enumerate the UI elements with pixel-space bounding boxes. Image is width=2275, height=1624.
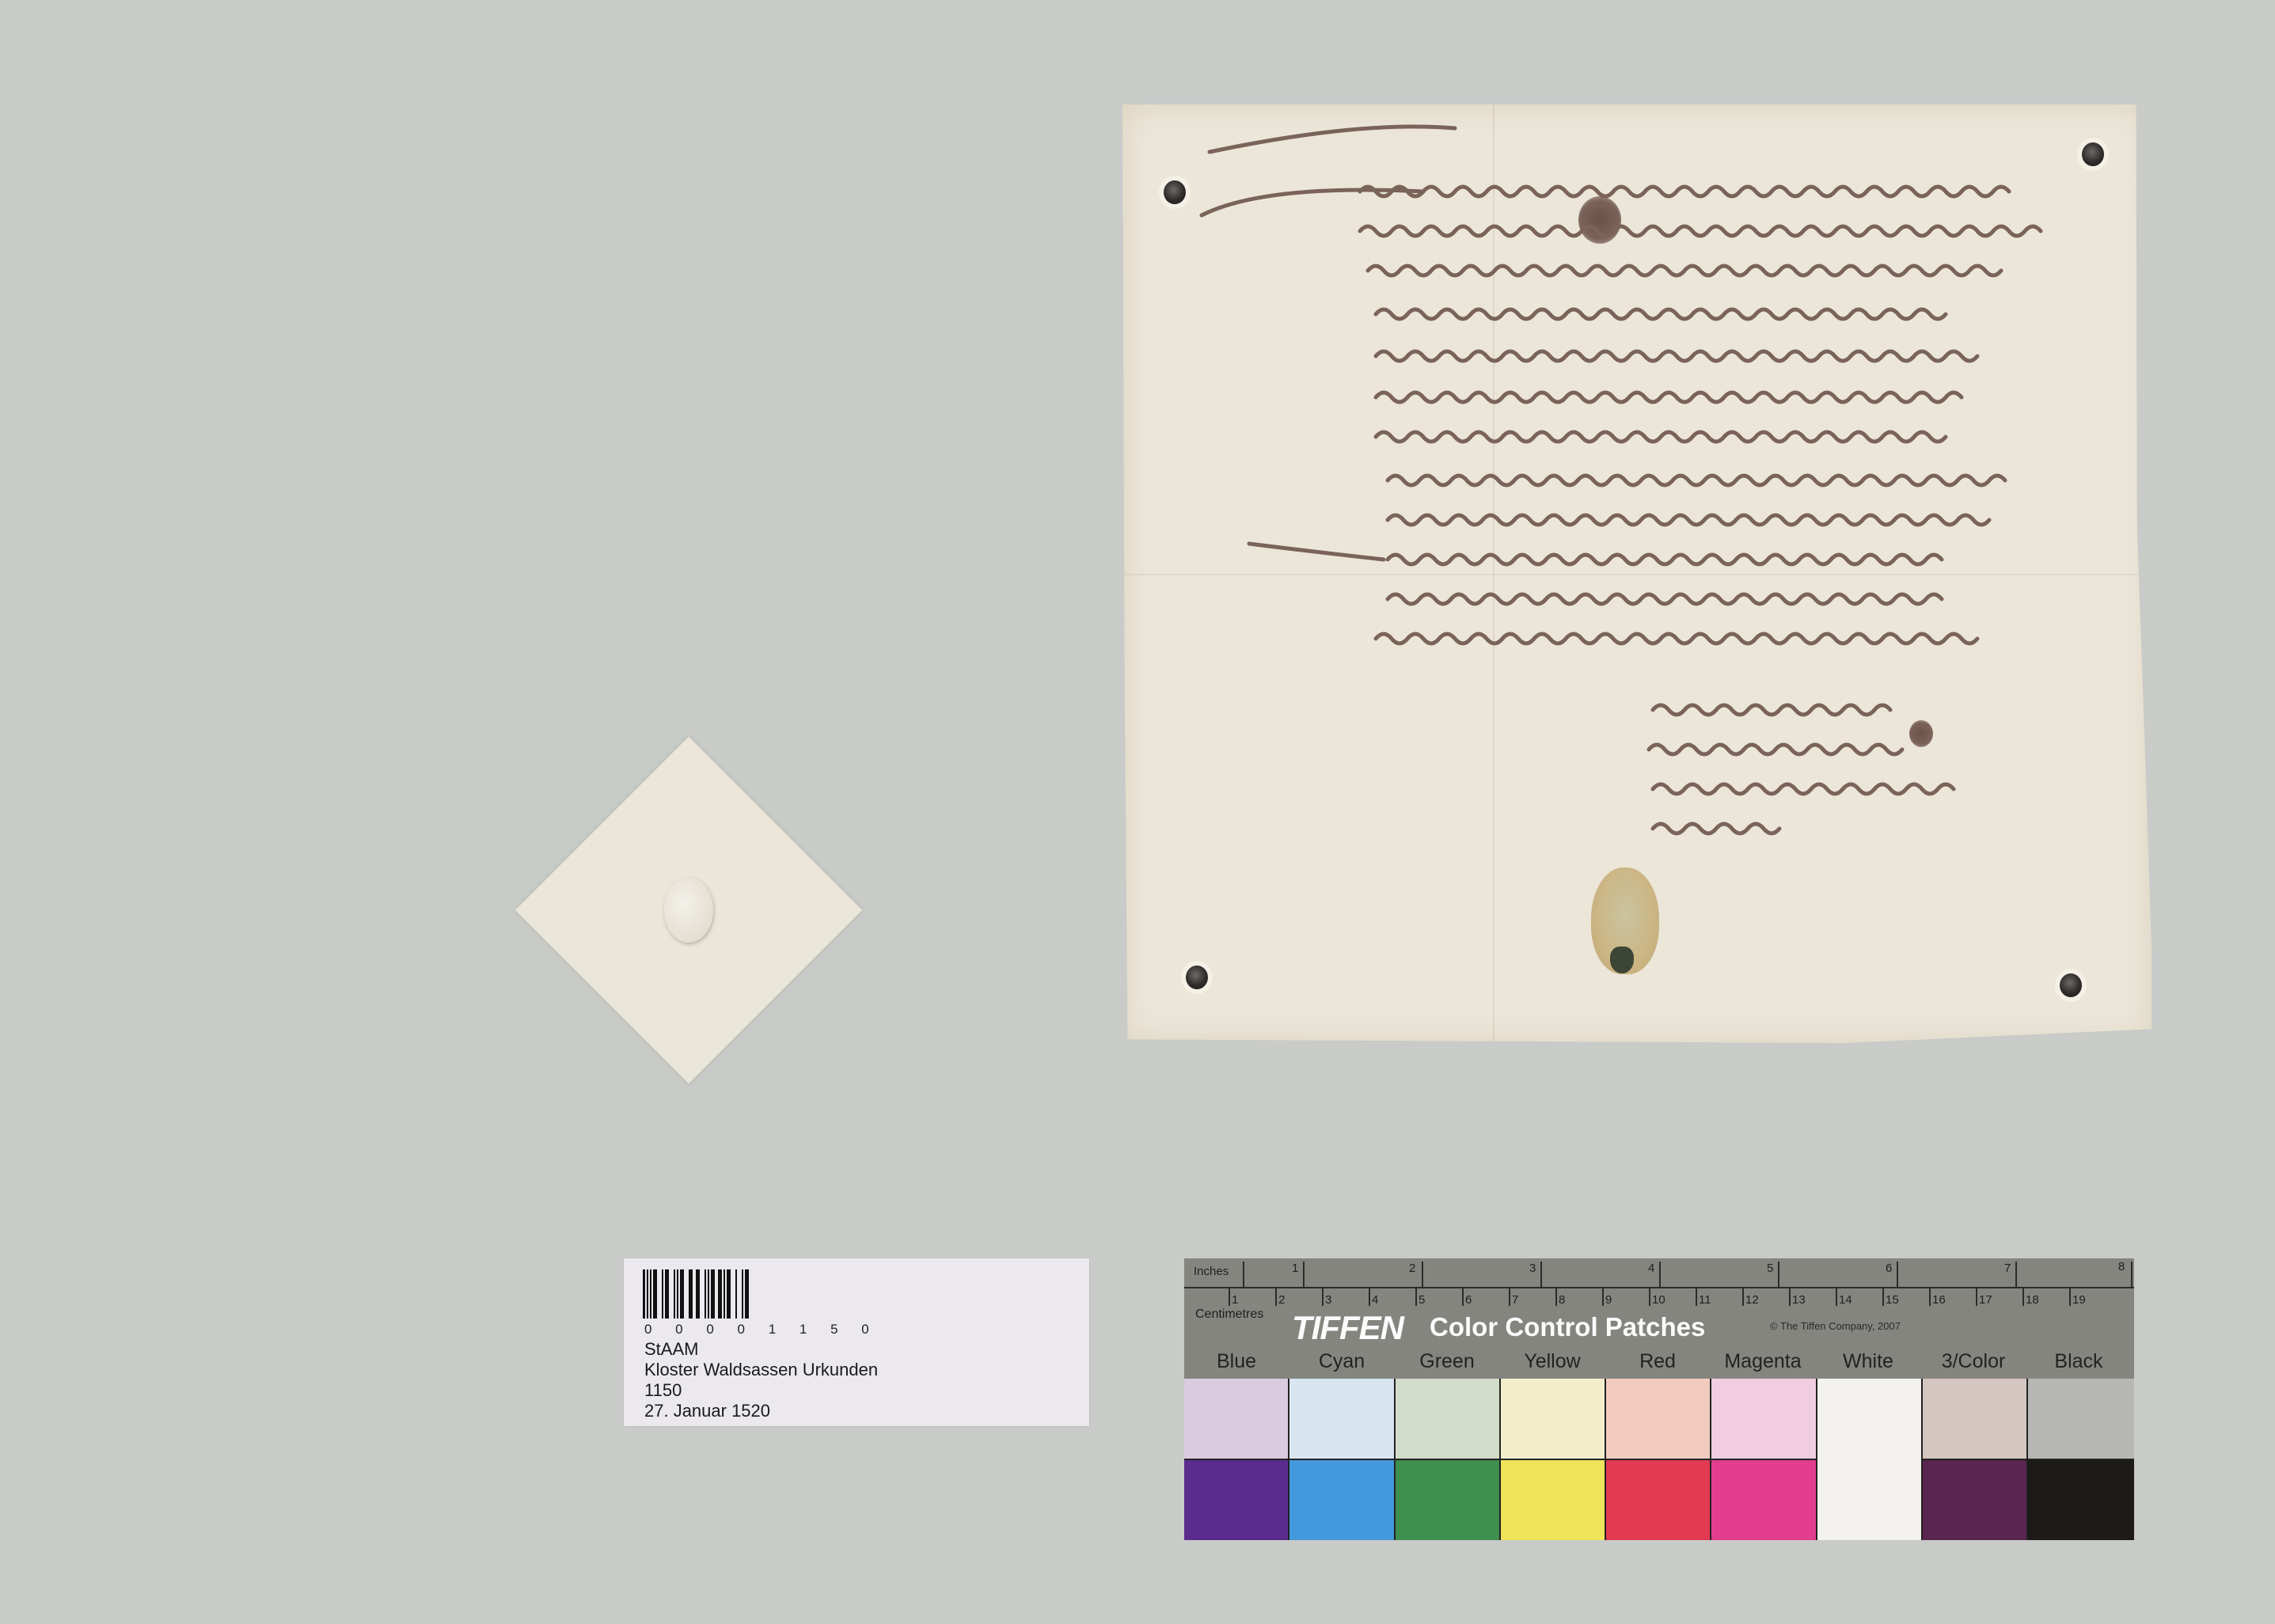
- cm-tick-label: 11: [1699, 1293, 1711, 1307]
- embossed-seal-icon: [664, 878, 713, 943]
- cm-tick-label: 5: [1419, 1293, 1425, 1307]
- patch-label-cyan: Cyan: [1289, 1350, 1394, 1373]
- inch-tick-label: 6: [1886, 1262, 1892, 1275]
- inch-tick-label: 4: [1648, 1262, 1654, 1275]
- label-date: 27. Januar 1520: [644, 1401, 770, 1421]
- embossed-seal-fragment: [515, 736, 863, 1084]
- color-patches: [1184, 1379, 2134, 1540]
- patch-light: [1606, 1379, 1710, 1460]
- patch-dark: [1817, 1459, 1921, 1540]
- label-number: 1150: [644, 1380, 682, 1401]
- chart-title: Color Control Patches: [1430, 1312, 1705, 1342]
- patch-label-blue: Blue: [1184, 1350, 1289, 1373]
- patch-light: [2028, 1379, 2133, 1460]
- patch-light: [1711, 1379, 1815, 1460]
- patch-black: [2028, 1379, 2133, 1540]
- patch-dark: [1501, 1460, 1605, 1540]
- patch-dark: [1606, 1460, 1710, 1540]
- patch-magenta: [1711, 1379, 1817, 1540]
- cm-tick-label: 15: [1886, 1293, 1899, 1307]
- patch-label-3color: 3/Color: [1921, 1350, 2026, 1373]
- copyright: © The Tiffen Company, 2007: [1770, 1320, 1901, 1332]
- patch-dark: [1184, 1460, 1288, 1540]
- inch-tick-label: 5: [1767, 1262, 1773, 1275]
- handwritten-text: [1122, 104, 2152, 1043]
- patch-yellow: [1501, 1379, 1606, 1540]
- inch-tick-label: 8: [2118, 1260, 2125, 1273]
- patch-light: [1817, 1379, 1921, 1459]
- patch-dark: [1923, 1460, 2026, 1540]
- patch-light: [1923, 1379, 2026, 1460]
- patch-label-red: Red: [1605, 1350, 1710, 1373]
- manuscript-document: [1122, 104, 2152, 1043]
- cm-tick-label: 13: [1792, 1293, 1806, 1307]
- cm-tick-label: 17: [1979, 1293, 1992, 1307]
- inch-tick-label: 1: [1292, 1262, 1298, 1275]
- paper-square: [515, 737, 862, 1083]
- cm-tick-label: 1: [1232, 1293, 1238, 1307]
- cm-tick-label: 12: [1745, 1293, 1759, 1307]
- barcode-icon: [643, 1269, 750, 1319]
- cm-tick-label: 2: [1278, 1293, 1285, 1307]
- patch-dark: [1289, 1460, 1393, 1540]
- cm-tick-label: 19: [2072, 1293, 2086, 1307]
- centimetres-label: Centimetres: [1195, 1307, 1263, 1322]
- cm-tick-label: 7: [1512, 1293, 1518, 1307]
- inches-label: Inches: [1194, 1265, 1229, 1278]
- archive-label: 0 0 0 0 1 1 5 0 StAAM Kloster Waldsassen…: [624, 1258, 1089, 1426]
- patch-white: [1817, 1379, 1923, 1540]
- cm-tick-label: 8: [1559, 1293, 1565, 1307]
- patch-label-yellow: Yellow: [1500, 1350, 1605, 1373]
- patch-light: [1501, 1379, 1605, 1460]
- patch-cyan: [1289, 1379, 1395, 1540]
- patch-3color: [1923, 1379, 2028, 1540]
- patch-red: [1606, 1379, 1711, 1540]
- cm-tick-label: 4: [1372, 1293, 1378, 1307]
- inch-tick-label: 2: [1409, 1262, 1415, 1275]
- cm-tick-label: 6: [1465, 1293, 1472, 1307]
- cm-tick-label: 10: [1652, 1293, 1665, 1307]
- patch-blue: [1184, 1379, 1289, 1540]
- patch-dark: [1711, 1460, 1815, 1540]
- inch-tick-label: 3: [1529, 1262, 1536, 1275]
- cm-tick-label: 14: [1839, 1293, 1852, 1307]
- chart-header: Inches 1 2 3 4 5 6 7 8: [1184, 1258, 2134, 1379]
- cm-tick-label: 3: [1325, 1293, 1331, 1307]
- patch-light: [1289, 1379, 1393, 1460]
- patch-light: [1184, 1379, 1288, 1460]
- patch-label-white: White: [1816, 1350, 1920, 1373]
- label-archive: StAAM: [644, 1339, 698, 1360]
- patch-light: [1396, 1379, 1499, 1460]
- patch-green: [1396, 1379, 1501, 1540]
- patch-label-magenta: Magenta: [1711, 1350, 1815, 1373]
- patch-dark: [2028, 1460, 2133, 1540]
- label-collection: Kloster Waldsassen Urkunden: [644, 1360, 878, 1380]
- patch-label-green: Green: [1395, 1350, 1499, 1373]
- patch-label-black: Black: [2026, 1350, 2131, 1373]
- barcode-number: 0 0 0 0 1 1 5 0: [644, 1322, 879, 1338]
- tiffen-logo: TIFFEN: [1292, 1309, 1403, 1347]
- cm-tick-label: 9: [1605, 1293, 1612, 1307]
- patch-dark: [1396, 1460, 1499, 1540]
- inch-tick-label: 7: [2004, 1262, 2011, 1275]
- cm-tick-label: 16: [1932, 1293, 1946, 1307]
- cm-tick-label: 18: [2026, 1293, 2039, 1307]
- inch-ruler: Inches 1 2 3 4 5 6 7 8: [1184, 1258, 2134, 1288]
- color-control-chart: Inches 1 2 3 4 5 6 7 8: [1184, 1258, 2134, 1540]
